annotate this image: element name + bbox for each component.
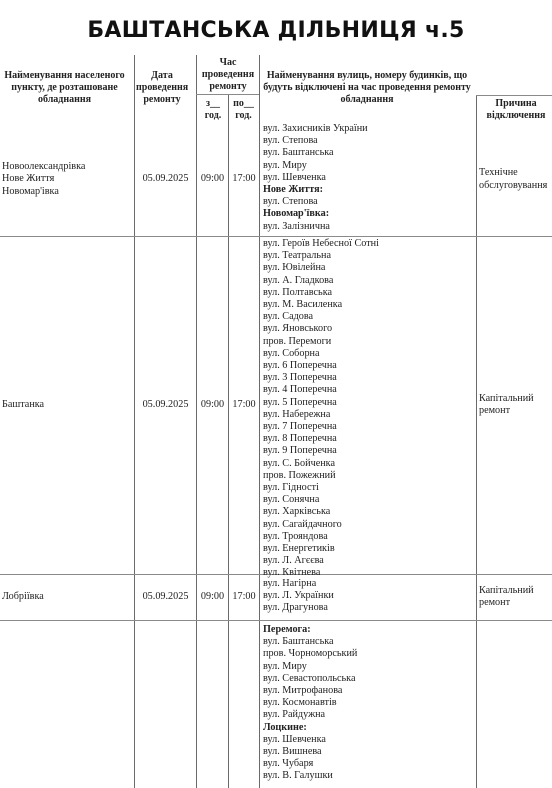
date-cell: 05.09.2025 bbox=[135, 591, 196, 603]
street-item: вул. Чубаря bbox=[263, 758, 474, 770]
row-divider bbox=[0, 236, 552, 237]
header-date: Дата проведення ремонту bbox=[136, 70, 188, 106]
column-divider bbox=[134, 55, 135, 788]
street-item: вул. Шевченка bbox=[263, 172, 474, 184]
street-item: вул. Драгунова bbox=[263, 602, 474, 614]
header-time-to: по__ год. bbox=[230, 98, 257, 122]
street-item: вул. Севастопольська bbox=[263, 673, 474, 685]
settlement-name: Новомар'івка bbox=[2, 186, 132, 198]
row-divider bbox=[0, 620, 552, 621]
street-item: вул. Садова bbox=[263, 311, 474, 323]
street-item: вул. Баштанська bbox=[263, 147, 474, 159]
street-item: вул. Митрофанова bbox=[263, 685, 474, 697]
street-item: вул. Соборна bbox=[263, 348, 474, 360]
street-item: вул. Космонавтів bbox=[263, 697, 474, 709]
reason-text: Капітальний bbox=[479, 393, 552, 405]
street-item: вул. Яновського bbox=[263, 323, 474, 335]
street-item: вул. Ювілейна bbox=[263, 262, 474, 274]
time-to-cell: 17:00 bbox=[229, 173, 259, 185]
street-item: пров. Чорноморський bbox=[263, 648, 474, 660]
street-item: вул. Театральна bbox=[263, 250, 474, 262]
column-divider bbox=[196, 55, 197, 788]
settlement-name: Нове Життя bbox=[2, 173, 132, 185]
reason-cell: Капітальнийремонт bbox=[479, 393, 552, 417]
time-from-cell: 09:00 bbox=[197, 173, 228, 185]
reason-text: Капітальний bbox=[479, 585, 552, 597]
street-item: вул. 3 Поперечна bbox=[263, 372, 474, 384]
street-item: вул. Миру bbox=[263, 661, 474, 673]
street-item: вул. 4 Поперечна bbox=[263, 384, 474, 396]
street-item: вул. Залізнична bbox=[263, 221, 474, 233]
reason-cell: Капітальнийремонт bbox=[479, 585, 552, 609]
street-item: вул. В. Галушки bbox=[263, 770, 474, 782]
row-divider bbox=[196, 94, 259, 95]
header-time-from: з__ год. bbox=[199, 98, 227, 122]
street-item: вул. Сагайдачного bbox=[263, 519, 474, 531]
date-cell: 05.09.2025 bbox=[135, 399, 196, 411]
streets-cell: вул. Героїв Небесної Сотнівул. Театральн… bbox=[263, 238, 474, 580]
street-item: вул. Л. Українки bbox=[263, 590, 474, 602]
street-item: вул. М. Василенка bbox=[263, 299, 474, 311]
street-group-heading: Нове Життя: bbox=[263, 184, 474, 196]
streets-cell: вул. Захисників Українивул. Степовавул. … bbox=[263, 123, 474, 233]
street-item: вул. Степова bbox=[263, 196, 474, 208]
street-group-heading: Лоцкине: bbox=[263, 722, 474, 734]
settlement-cell: Баштанка bbox=[2, 399, 132, 411]
reason-cell: Технічнеобслуговування bbox=[479, 167, 552, 191]
reason-text: ремонт bbox=[479, 597, 552, 609]
street-item: вул. Набережна bbox=[263, 409, 474, 421]
street-item: вул. 9 Поперечна bbox=[263, 445, 474, 457]
street-item: вул. 5 Поперечна bbox=[263, 397, 474, 409]
street-item: вул. Шевченка bbox=[263, 734, 474, 746]
settlement-name: Новоолександрівка bbox=[2, 161, 132, 173]
street-item: вул. Баштанська bbox=[263, 636, 474, 648]
street-item: вул. Героїв Небесної Сотні bbox=[263, 238, 474, 250]
street-group-heading: Новомар'ївка: bbox=[263, 208, 474, 220]
street-item: вул. Захисників України bbox=[263, 123, 474, 135]
settlement-cell: НовоолександрівкаНове ЖиттяНовомар'івка bbox=[2, 161, 132, 198]
street-item: вул. Л. Агєєва bbox=[263, 555, 474, 567]
street-item: вул. Степова bbox=[263, 135, 474, 147]
page-title: БАШТАНСЬКА ДІЛЬНИЦЯ ч.5 bbox=[0, 18, 552, 43]
street-item: вул. 8 Поперечна bbox=[263, 433, 474, 445]
reason-text: Технічне bbox=[479, 167, 552, 179]
street-item: пров. Перемоги bbox=[263, 336, 474, 348]
time-to-cell: 17:00 bbox=[229, 591, 259, 603]
date-cell: 05.09.2025 bbox=[135, 173, 196, 185]
column-divider bbox=[259, 55, 260, 788]
street-item: вул. Сонячна bbox=[263, 494, 474, 506]
column-divider bbox=[476, 95, 477, 788]
settlement-name: Баштанка bbox=[2, 399, 132, 411]
street-item: пров. Пожежний bbox=[263, 470, 474, 482]
reason-text: обслуговування bbox=[479, 180, 552, 192]
streets-cell: вул. Нагірнавул. Л. Українкивул. Драгуно… bbox=[263, 578, 474, 615]
header-time: Час проведення ремонту bbox=[198, 57, 258, 93]
street-item: вул. 7 Поперечна bbox=[263, 421, 474, 433]
street-group-heading: Перемога: bbox=[263, 624, 474, 636]
street-item: вул. Гідності bbox=[263, 482, 474, 494]
header-reason: Причина відключення bbox=[480, 98, 552, 122]
street-item: вул. 6 Поперечна bbox=[263, 360, 474, 372]
street-item: вул. Нагірна bbox=[263, 578, 474, 590]
street-item: вул. Енергетиків bbox=[263, 543, 474, 555]
settlement-cell: Лобріївка bbox=[2, 591, 132, 603]
header-settlement: Найменування населеного пункту, де розта… bbox=[2, 70, 127, 106]
street-item: вул. Райдужна bbox=[263, 709, 474, 721]
time-to-cell: 17:00 bbox=[229, 399, 259, 411]
header-streets: Найменування вулиць, номеру будинків, що… bbox=[262, 70, 472, 106]
street-item: вул. С. Бойченка bbox=[263, 458, 474, 470]
street-item: вул. Харківська bbox=[263, 506, 474, 518]
street-item: вул. А. Гладкова bbox=[263, 275, 474, 287]
settlement-name: Лобріївка bbox=[2, 591, 132, 603]
street-item: вул. Трояндова bbox=[263, 531, 474, 543]
street-item: вул. Полтавська bbox=[263, 287, 474, 299]
streets-cell: Перемога:вул. Баштанськапров. Чорноморсь… bbox=[263, 624, 474, 783]
reason-text: ремонт bbox=[479, 405, 552, 417]
row-divider bbox=[476, 95, 552, 96]
time-from-cell: 09:00 bbox=[197, 399, 228, 411]
column-divider bbox=[228, 95, 229, 788]
street-item: вул. Миру bbox=[263, 160, 474, 172]
street-item: вул. Вишнева bbox=[263, 746, 474, 758]
time-from-cell: 09:00 bbox=[197, 591, 228, 603]
